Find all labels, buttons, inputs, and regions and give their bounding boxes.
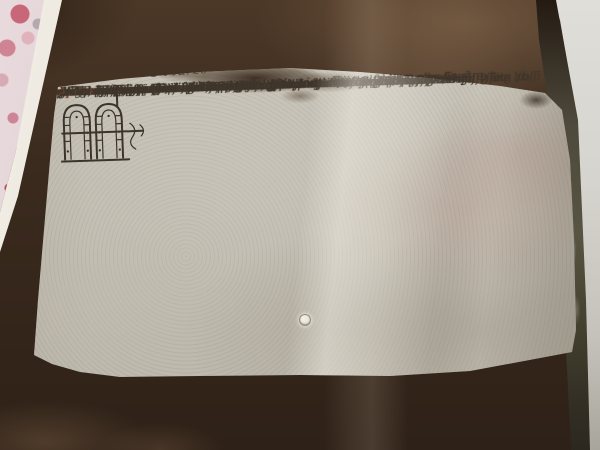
parchment-hole (299, 314, 311, 326)
photograph-of-manuscript: 1367 —3 Marzo (0, 0, 600, 450)
